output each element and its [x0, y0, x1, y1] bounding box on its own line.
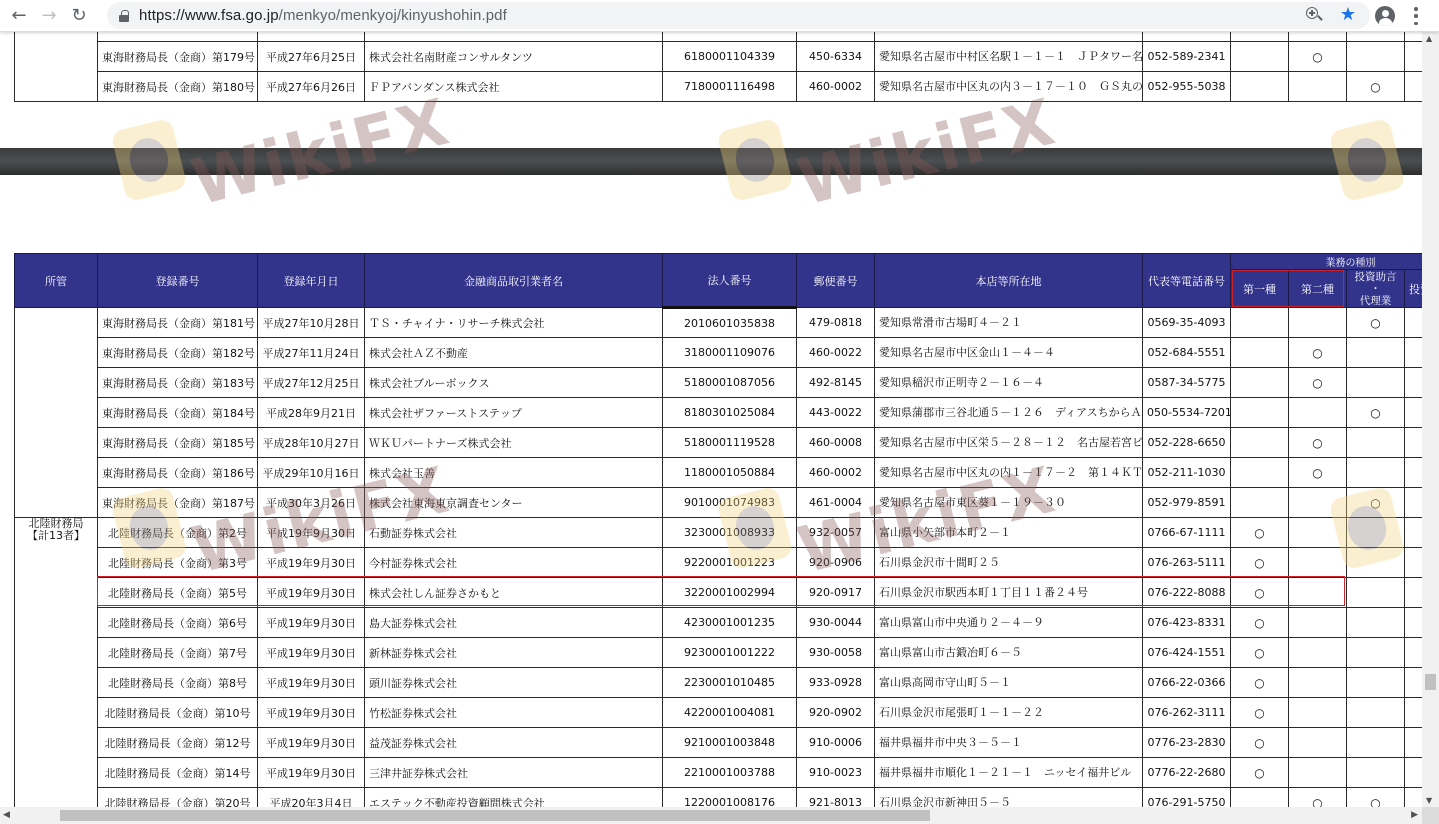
- reload-icon[interactable]: ↻: [64, 1, 94, 31]
- reg-no-cell: 東海財務局長（金商）第181号: [98, 308, 258, 338]
- address-cell: 石川県金沢市十間町２５: [875, 548, 1143, 578]
- corp-no-cell: 5180001119528: [663, 428, 797, 458]
- investment-mark-cell: [1405, 72, 1423, 102]
- horizontal-scrollbar[interactable]: ◀ ▶: [0, 807, 1422, 824]
- header-phone: 代表等電話番号: [1143, 254, 1231, 308]
- empty-cell: [1347, 32, 1405, 42]
- address-cell: 石川県金沢市駅西本町１丁目１１番２４号: [875, 578, 1143, 608]
- table-row: 北陸財務局長（金商）第14号平成19年9月30日三津井証券株式会社2210001…: [15, 758, 1423, 788]
- address-cell: 富山県富山市古鍛冶町６－５: [875, 638, 1143, 668]
- corp-no-cell: 2010601035838: [663, 308, 797, 338]
- reg-no-cell: 北陸財務局長（金商）第3号: [98, 548, 258, 578]
- type2-mark-cell: ○: [1289, 338, 1347, 368]
- advisory-mark-cell: [1347, 338, 1405, 368]
- header-postal: 郵便番号: [797, 254, 875, 308]
- type2-mark-cell: [1289, 608, 1347, 638]
- date-cell: 平成19年9月30日: [258, 668, 365, 698]
- type1-mark-cell: ○: [1231, 668, 1289, 698]
- investment-mark-cell: [1405, 548, 1423, 578]
- bookmark-star-icon[interactable]: ★: [1340, 6, 1356, 24]
- header-address: 本店等所在地: [875, 254, 1143, 308]
- type2-mark-cell: [1289, 578, 1347, 608]
- advisory-mark-cell: [1347, 608, 1405, 638]
- phone-cell: 052-211-1030: [1143, 458, 1231, 488]
- advisory-mark-cell: ○: [1347, 72, 1405, 102]
- phone-cell: 076-262-3111: [1143, 698, 1231, 728]
- zoom-icon[interactable]: [1306, 7, 1322, 23]
- type1-mark-cell: ○: [1231, 518, 1289, 548]
- empty-cell: [98, 32, 258, 42]
- horizontal-scroll-thumb[interactable]: [60, 810, 930, 821]
- scroll-left-arrow-icon[interactable]: ◀: [3, 810, 10, 820]
- date-cell: 平成29年10月16日: [258, 458, 365, 488]
- reg-no-cell: 北陸財務局長（金商）第8号: [98, 668, 258, 698]
- reg-no-cell: 東海財務局長（金商）第187号: [98, 488, 258, 518]
- table-row: 東海財務局長（金商）第180号平成27年6月26日ＦＰアバンダンス株式会社718…: [15, 72, 1423, 102]
- investment-mark-cell: [1405, 42, 1423, 72]
- table-row: 北陸財務局長（金商）第10号平成19年9月30日竹松証券株式会社42200010…: [15, 698, 1423, 728]
- type2-mark-cell: [1289, 668, 1347, 698]
- postal-code-cell: 932-0057: [797, 518, 875, 548]
- profile-icon[interactable]: [1375, 6, 1395, 26]
- forward-arrow-icon[interactable]: →: [34, 1, 64, 31]
- empty-cell: [1231, 32, 1289, 42]
- investment-mark-cell: [1405, 728, 1423, 758]
- postal-code-cell: 910-0006: [797, 728, 875, 758]
- phone-cell: 050-5534-7201: [1143, 398, 1231, 428]
- date-cell: 平成27年6月25日: [258, 42, 365, 72]
- phone-cell: 076-263-5111: [1143, 548, 1231, 578]
- investment-mark-cell: [1405, 338, 1423, 368]
- corp-no-cell: 1220001008176: [663, 788, 797, 808]
- date-cell: 平成19年9月30日: [258, 578, 365, 608]
- reg-no-cell: 東海財務局長（金商）第186号: [98, 458, 258, 488]
- type1-mark-cell: [1231, 368, 1289, 398]
- company-name-cell: ＦＰアバンダンス株式会社: [365, 72, 663, 102]
- table-row: 東海財務局長（金商）第181号平成27年10月28日ＴＳ・チャイナ・リサーチ株式…: [15, 308, 1423, 338]
- address-cell: 愛知県名古屋市中区金山１－４－４: [875, 338, 1143, 368]
- company-name-cell: 竹松証券株式会社: [365, 698, 663, 728]
- investment-mark-cell: [1405, 488, 1423, 518]
- address-cell: 愛知県常滑市古場町４－２１: [875, 308, 1143, 338]
- type2-mark-cell: [1289, 398, 1347, 428]
- phone-cell: 052-589-2341: [1143, 42, 1231, 72]
- reg-no-cell: 東海財務局長（金商）第185号: [98, 428, 258, 458]
- phone-cell: 0587-34-5775: [1143, 368, 1231, 398]
- office-label-line2: 【計13者】: [19, 530, 93, 542]
- url-path: /menkyo/menkyoj/kinyushohin.pdf: [279, 7, 507, 24]
- header-date: 登録年月日: [258, 254, 365, 308]
- investment-mark-cell: [1405, 398, 1423, 428]
- empty-cell: [1143, 32, 1231, 42]
- investment-mark-cell: [1405, 458, 1423, 488]
- type1-mark-cell: [1231, 788, 1289, 808]
- date-cell: 平成19年9月30日: [258, 518, 365, 548]
- phone-cell: 052-979-8591: [1143, 488, 1231, 518]
- type2-mark-cell: [1289, 548, 1347, 578]
- date-cell: 平成19年9月30日: [258, 698, 365, 728]
- advisory-mark-cell: [1347, 518, 1405, 548]
- postal-code-cell: 933-0928: [797, 668, 875, 698]
- postal-code-cell: 450-6334: [797, 42, 875, 72]
- corp-no-cell: 9210001003848: [663, 728, 797, 758]
- empty-cell: [663, 32, 797, 42]
- type1-mark-cell: [1231, 338, 1289, 368]
- corp-no-cell: 2210001003788: [663, 758, 797, 788]
- advisory-line1: 投資助言: [1351, 271, 1400, 283]
- corp-no-cell: 1180001050884: [663, 458, 797, 488]
- investment-mark-cell: [1405, 368, 1423, 398]
- header-office: 所管: [15, 254, 98, 308]
- type2-mark-cell: ○: [1289, 788, 1347, 808]
- type2-mark-cell: ○: [1289, 368, 1347, 398]
- address-bar[interactable]: https://www.fsa.go.jp/menkyo/menkyoj/kin…: [107, 2, 1370, 29]
- company-name-cell: 頭川証券株式会社: [365, 668, 663, 698]
- reg-no-cell: 北陸財務局長（金商）第12号: [98, 728, 258, 758]
- pdf-viewport: 東海財務局長（金商）第179号平成27年6月25日株式会社名南財産コンサルタンツ…: [0, 32, 1422, 807]
- type1-mark-cell: ○: [1231, 728, 1289, 758]
- scroll-right-arrow-icon[interactable]: ▶: [1411, 810, 1418, 820]
- phone-cell: 076-291-5750: [1143, 788, 1231, 808]
- reg-no-cell: 北陸財務局長（金商）第2号: [98, 518, 258, 548]
- table-row: 北陸財務局長（金商）第3号平成19年9月30日今村証券株式会社922000100…: [15, 548, 1423, 578]
- investment-mark-cell: [1405, 698, 1423, 728]
- type1-mark-cell: [1231, 428, 1289, 458]
- advisory-mark-cell: [1347, 458, 1405, 488]
- company-name-cell: ＷＫＵパートナーズ株式会社: [365, 428, 663, 458]
- reg-no-cell: 北陸財務局長（金商）第6号: [98, 608, 258, 638]
- corp-no-cell: 3180001109076: [663, 338, 797, 368]
- scroll-down-arrow-icon[interactable]: ▼: [1426, 796, 1432, 805]
- company-name-cell: 株式会社名南財産コンサルタンツ: [365, 42, 663, 72]
- type1-mark-cell: [1231, 458, 1289, 488]
- type1-mark-cell: [1231, 488, 1289, 518]
- company-name-cell: 石動証券株式会社: [365, 518, 663, 548]
- menu-dots-icon[interactable]: [1412, 7, 1420, 25]
- type1-mark-cell: [1231, 308, 1289, 338]
- reg-no-cell: 北陸財務局長（金商）第14号: [98, 758, 258, 788]
- reg-no-cell: 北陸財務局長（金商）第10号: [98, 698, 258, 728]
- type2-mark-cell: [1289, 518, 1347, 548]
- advisory-mark-cell: ○: [1347, 488, 1405, 518]
- corp-no-cell: 8180301025084: [663, 398, 797, 428]
- advisory-mark-cell: ○: [1347, 308, 1405, 338]
- advisory-mark-cell: ○: [1347, 398, 1405, 428]
- investment-mark-cell: [1405, 518, 1423, 548]
- vertical-scroll-thumb[interactable]: [1425, 674, 1436, 690]
- type2-mark-cell: [1289, 638, 1347, 668]
- company-name-cell: 株式会社ＡＺ不動産: [365, 338, 663, 368]
- registry-table: 所管 登録番号 登録年月日 金融商品取引業者名 法人番号 郵便番号 本店等所在地…: [14, 253, 1422, 807]
- type1-mark-cell: [1231, 42, 1289, 72]
- type1-mark-cell: [1231, 72, 1289, 102]
- table-row: 東海財務局長（金商）第183号平成27年12月25日株式会社ブルーボックス518…: [15, 368, 1423, 398]
- phone-cell: 076-424-1551: [1143, 638, 1231, 668]
- company-name-cell: 益茂証券株式会社: [365, 728, 663, 758]
- investment-mark-cell: [1405, 578, 1423, 608]
- type2-mark-cell: [1289, 488, 1347, 518]
- corp-no-cell: 7180001116498: [663, 72, 797, 102]
- address-cell: 愛知県名古屋市中区栄５－２８－１２ 名古屋若宮ビル１１階: [875, 428, 1143, 458]
- advisory-mark-cell: [1347, 758, 1405, 788]
- header-business-type: 業務の種別: [1231, 254, 1423, 270]
- postal-code-cell: 460-0022: [797, 338, 875, 368]
- postal-code-cell: 460-0008: [797, 428, 875, 458]
- address-cell: 愛知県名古屋市中区丸の内１－１７－２ 第１４ＫＴビル: [875, 458, 1143, 488]
- address-cell: 愛知県名古屋市中村区名駅１－１－１ ＪＰタワー名古屋３４階: [875, 42, 1143, 72]
- type2-mark-cell: [1289, 308, 1347, 338]
- company-name-cell: 株式会社ザファーストステップ: [365, 398, 663, 428]
- advisory-line2: ・: [1351, 283, 1400, 295]
- office-cell: [15, 308, 98, 518]
- reg-no-cell: 北陸財務局長（金商）第20号: [98, 788, 258, 808]
- investment-mark-cell: [1405, 788, 1423, 808]
- investment-mark-cell: [1405, 608, 1423, 638]
- phone-cell: 0776-23-2830: [1143, 728, 1231, 758]
- reg-no-cell: 東海財務局長（金商）第179号: [98, 42, 258, 72]
- advisory-line3: 代理業: [1351, 295, 1400, 307]
- empty-cell: [797, 32, 875, 42]
- corp-no-cell: 2230001010485: [663, 668, 797, 698]
- table-row: 東海財務局長（金商）第187号平成30年3月26日株式会社東海東京調査センター9…: [15, 488, 1423, 518]
- type1-mark-cell: ○: [1231, 578, 1289, 608]
- scroll-up-arrow-icon[interactable]: ▲: [1426, 34, 1432, 43]
- address-cell: 福井県福井市中央３－５－１: [875, 728, 1143, 758]
- header-investment: 投資: [1405, 270, 1423, 308]
- table-row: 東海財務局長（金商）第182号平成27年11月24日株式会社ＡＺ不動産31800…: [15, 338, 1423, 368]
- advisory-mark-cell: [1347, 42, 1405, 72]
- phone-cell: 052-955-5038: [1143, 72, 1231, 102]
- postal-code-cell: 461-0004: [797, 488, 875, 518]
- address-cell: 愛知県名古屋市東区葵１－１９－３０: [875, 488, 1143, 518]
- table-row: [15, 32, 1423, 42]
- address-cell: 愛知県蒲郡市三谷北通５－１２６ ディアスちからＡ１０２: [875, 398, 1143, 428]
- postal-code-cell: 920-0902: [797, 698, 875, 728]
- date-cell: 平成27年6月26日: [258, 72, 365, 102]
- address-cell: 石川県金沢市尾張町１－１－２２: [875, 698, 1143, 728]
- table-row: 東海財務局長（金商）第185号平成28年10月27日ＷＫＵパートナーズ株式会社5…: [15, 428, 1423, 458]
- advisory-mark-cell: [1347, 638, 1405, 668]
- address-cell: 愛知県稲沢市正明寺２－１６－４: [875, 368, 1143, 398]
- reg-no-cell: 東海財務局長（金商）第184号: [98, 398, 258, 428]
- phone-cell: 0569-35-4093: [1143, 308, 1231, 338]
- corp-no-cell: 4220001004081: [663, 698, 797, 728]
- reg-no-cell: 東海財務局長（金商）第180号: [98, 72, 258, 102]
- reg-no-cell: 東海財務局長（金商）第182号: [98, 338, 258, 368]
- address-cell: 愛知県名古屋市中区丸の内３－１７－１０ ＧＳ丸の内三丁目ビル４Ｆ西: [875, 72, 1143, 102]
- table-row: 北陸財務局長（金商）第12号平成19年9月30日益茂証券株式会社92100010…: [15, 728, 1423, 758]
- postal-code-cell: 479-0818: [797, 308, 875, 338]
- table-row: 東海財務局長（金商）第186号平成29年10月16日株式会社玉善11800010…: [15, 458, 1423, 488]
- phone-cell: 0766-67-1111: [1143, 518, 1231, 548]
- corp-no-cell: 9220001001223: [663, 548, 797, 578]
- address-cell: 福井県福井市順化１－２１－１ ニッセイ福井ビル: [875, 758, 1143, 788]
- postal-code-cell: 910-0023: [797, 758, 875, 788]
- postal-code-cell: 920-0906: [797, 548, 875, 578]
- postal-code-cell: 460-0002: [797, 458, 875, 488]
- type1-mark-cell: ○: [1231, 608, 1289, 638]
- office-cell: 北陸財務局【計13者】: [15, 518, 98, 808]
- type2-mark-cell: ○: [1289, 428, 1347, 458]
- date-cell: 平成19年9月30日: [258, 728, 365, 758]
- date-cell: 平成19年9月30日: [258, 758, 365, 788]
- corp-no-cell: 3220001002994: [663, 578, 797, 608]
- investment-mark-cell: [1405, 668, 1423, 698]
- header-reg-no: 登録番号: [98, 254, 258, 308]
- advisory-mark-cell: [1347, 698, 1405, 728]
- corp-no-cell: 3230001008933: [663, 518, 797, 548]
- company-name-cell: 株式会社玉善: [365, 458, 663, 488]
- company-name-cell: 株式会社しん証券さかもと: [365, 578, 663, 608]
- date-cell: 平成19年9月30日: [258, 638, 365, 668]
- corp-no-cell: 5180001087056: [663, 368, 797, 398]
- table-row: 北陸財務局長（金商）第7号平成19年9月30日新林証券株式会社923000100…: [15, 638, 1423, 668]
- date-cell: 平成28年10月27日: [258, 428, 365, 458]
- reg-no-cell: 東海財務局長（金商）第183号: [98, 368, 258, 398]
- date-cell: 平成19年9月30日: [258, 608, 365, 638]
- investment-mark-cell: [1405, 308, 1423, 338]
- reg-no-cell: 北陸財務局長（金商）第5号: [98, 578, 258, 608]
- postal-code-cell: 921-8013: [797, 788, 875, 808]
- investment-mark-cell: [1405, 758, 1423, 788]
- browser-toolbar: ← → ↻ https://www.fsa.go.jp/menkyo/menky…: [0, 0, 1439, 32]
- scrollbar-corner: [1422, 807, 1439, 824]
- type1-mark-cell: ○: [1231, 548, 1289, 578]
- type2-mark-cell: ○: [1289, 42, 1347, 72]
- empty-cell: [258, 32, 365, 42]
- postal-code-cell: 492-8145: [797, 368, 875, 398]
- type2-mark-cell: [1289, 72, 1347, 102]
- date-cell: 平成20年3月4日: [258, 788, 365, 808]
- corp-no-cell: 6180001104339: [663, 42, 797, 72]
- table-row: 東海財務局長（金商）第179号平成27年6月25日株式会社名南財産コンサルタンツ…: [15, 42, 1423, 72]
- advisory-mark-cell: ○: [1347, 788, 1405, 808]
- company-name-cell: 今村証券株式会社: [365, 548, 663, 578]
- address-cell: 富山県富山市中央通り２－４－９: [875, 608, 1143, 638]
- type2-mark-cell: [1289, 698, 1347, 728]
- advisory-mark-cell: [1347, 728, 1405, 758]
- corp-no-cell: 9230001001222: [663, 638, 797, 668]
- reg-no-cell: 北陸財務局長（金商）第7号: [98, 638, 258, 668]
- postal-code-cell: 930-0044: [797, 608, 875, 638]
- type2-mark-cell: [1289, 728, 1347, 758]
- empty-cell: [875, 32, 1143, 42]
- back-arrow-icon[interactable]: ←: [4, 1, 34, 31]
- header-name: 金融商品取引業者名: [365, 254, 663, 308]
- header-advisory: 投資助言 ・ 代理業: [1347, 270, 1405, 308]
- empty-cell: [1405, 32, 1423, 42]
- investment-mark-cell: [1405, 428, 1423, 458]
- empty-cell: [365, 32, 663, 42]
- registry-table-fragment: 東海財務局長（金商）第179号平成27年6月25日株式会社名南財産コンサルタンツ…: [14, 32, 1422, 102]
- address-cell: 富山県小矢部市本町２－１: [875, 518, 1143, 548]
- type1-mark-cell: [1231, 398, 1289, 428]
- company-name-cell: 株式会社東海東京調査センター: [365, 488, 663, 518]
- header-corp-no: 法人番号: [663, 254, 797, 308]
- url-host: https://www.fsa.go.jp: [139, 7, 279, 24]
- corp-no-cell: 9010001074983: [663, 488, 797, 518]
- lock-icon: [119, 10, 129, 22]
- type1-mark-cell: ○: [1231, 698, 1289, 728]
- empty-cell: [1289, 32, 1347, 42]
- page-separator: [0, 148, 1422, 175]
- date-cell: 平成30年3月26日: [258, 488, 365, 518]
- table-row: 東海財務局長（金商）第184号平成28年9月21日株式会社ザファーストステップ8…: [15, 398, 1423, 428]
- postal-code-cell: 930-0058: [797, 638, 875, 668]
- postal-code-cell: 443-0022: [797, 398, 875, 428]
- company-name-cell: エステック不動産投資顧問株式会社: [365, 788, 663, 808]
- vertical-scrollbar[interactable]: ▲ ▼: [1422, 32, 1439, 807]
- type1-mark-cell: ○: [1231, 758, 1289, 788]
- company-name-cell: 新林証券株式会社: [365, 638, 663, 668]
- advisory-mark-cell: [1347, 548, 1405, 578]
- date-cell: 平成27年10月28日: [258, 308, 365, 338]
- phone-cell: 076-423-8331: [1143, 608, 1231, 638]
- table-row: 北陸財務局長（金商）第5号平成19年9月30日株式会社しん証券さかもと32200…: [15, 578, 1423, 608]
- type2-mark-cell: [1289, 758, 1347, 788]
- company-name-cell: 三津井証券株式会社: [365, 758, 663, 788]
- date-cell: 平成27年11月24日: [258, 338, 365, 368]
- table-row: 北陸財務局長（金商）第20号平成20年3月4日エステック不動産投資顧問株式会社1…: [15, 788, 1423, 808]
- postal-code-cell: 460-0002: [797, 72, 875, 102]
- phone-cell: 052-684-5551: [1143, 338, 1231, 368]
- corp-no-cell: 4230001001235: [663, 608, 797, 638]
- advisory-mark-cell: [1347, 368, 1405, 398]
- postal-code-cell: 920-0917: [797, 578, 875, 608]
- phone-cell: 052-228-6650: [1143, 428, 1231, 458]
- table-row: 北陸財務局長（金商）第6号平成19年9月30日島大証券株式会社423000100…: [15, 608, 1423, 638]
- advisory-mark-cell: [1347, 428, 1405, 458]
- table-row: 北陸財務局【計13者】北陸財務局長（金商）第2号平成19年9月30日石動証券株式…: [15, 518, 1423, 548]
- date-cell: 平成27年12月25日: [258, 368, 365, 398]
- header-type2: 第二種: [1289, 270, 1347, 308]
- phone-cell: 076-222-8088: [1143, 578, 1231, 608]
- type2-mark-cell: ○: [1289, 458, 1347, 488]
- address-cell: 富山県高岡市守山町５－１: [875, 668, 1143, 698]
- empty-cell: [15, 32, 98, 102]
- header-type1: 第一種: [1231, 270, 1289, 308]
- company-name-cell: ＴＳ・チャイナ・リサーチ株式会社: [365, 308, 663, 338]
- address-cell: 石川県金沢市新神田５－５: [875, 788, 1143, 808]
- company-name-cell: 株式会社ブルーボックス: [365, 368, 663, 398]
- table-row: 北陸財務局長（金商）第8号平成19年9月30日頭川証券株式会社223000101…: [15, 668, 1423, 698]
- phone-cell: 0766-22-0366: [1143, 668, 1231, 698]
- date-cell: 平成28年9月21日: [258, 398, 365, 428]
- company-name-cell: 島大証券株式会社: [365, 608, 663, 638]
- phone-cell: 0776-22-2680: [1143, 758, 1231, 788]
- investment-mark-cell: [1405, 638, 1423, 668]
- type1-mark-cell: ○: [1231, 638, 1289, 668]
- advisory-mark-cell: [1347, 668, 1405, 698]
- advisory-mark-cell: [1347, 578, 1405, 608]
- url-text[interactable]: https://www.fsa.go.jp/menkyo/menkyoj/kin…: [139, 7, 507, 24]
- date-cell: 平成19年9月30日: [258, 548, 365, 578]
